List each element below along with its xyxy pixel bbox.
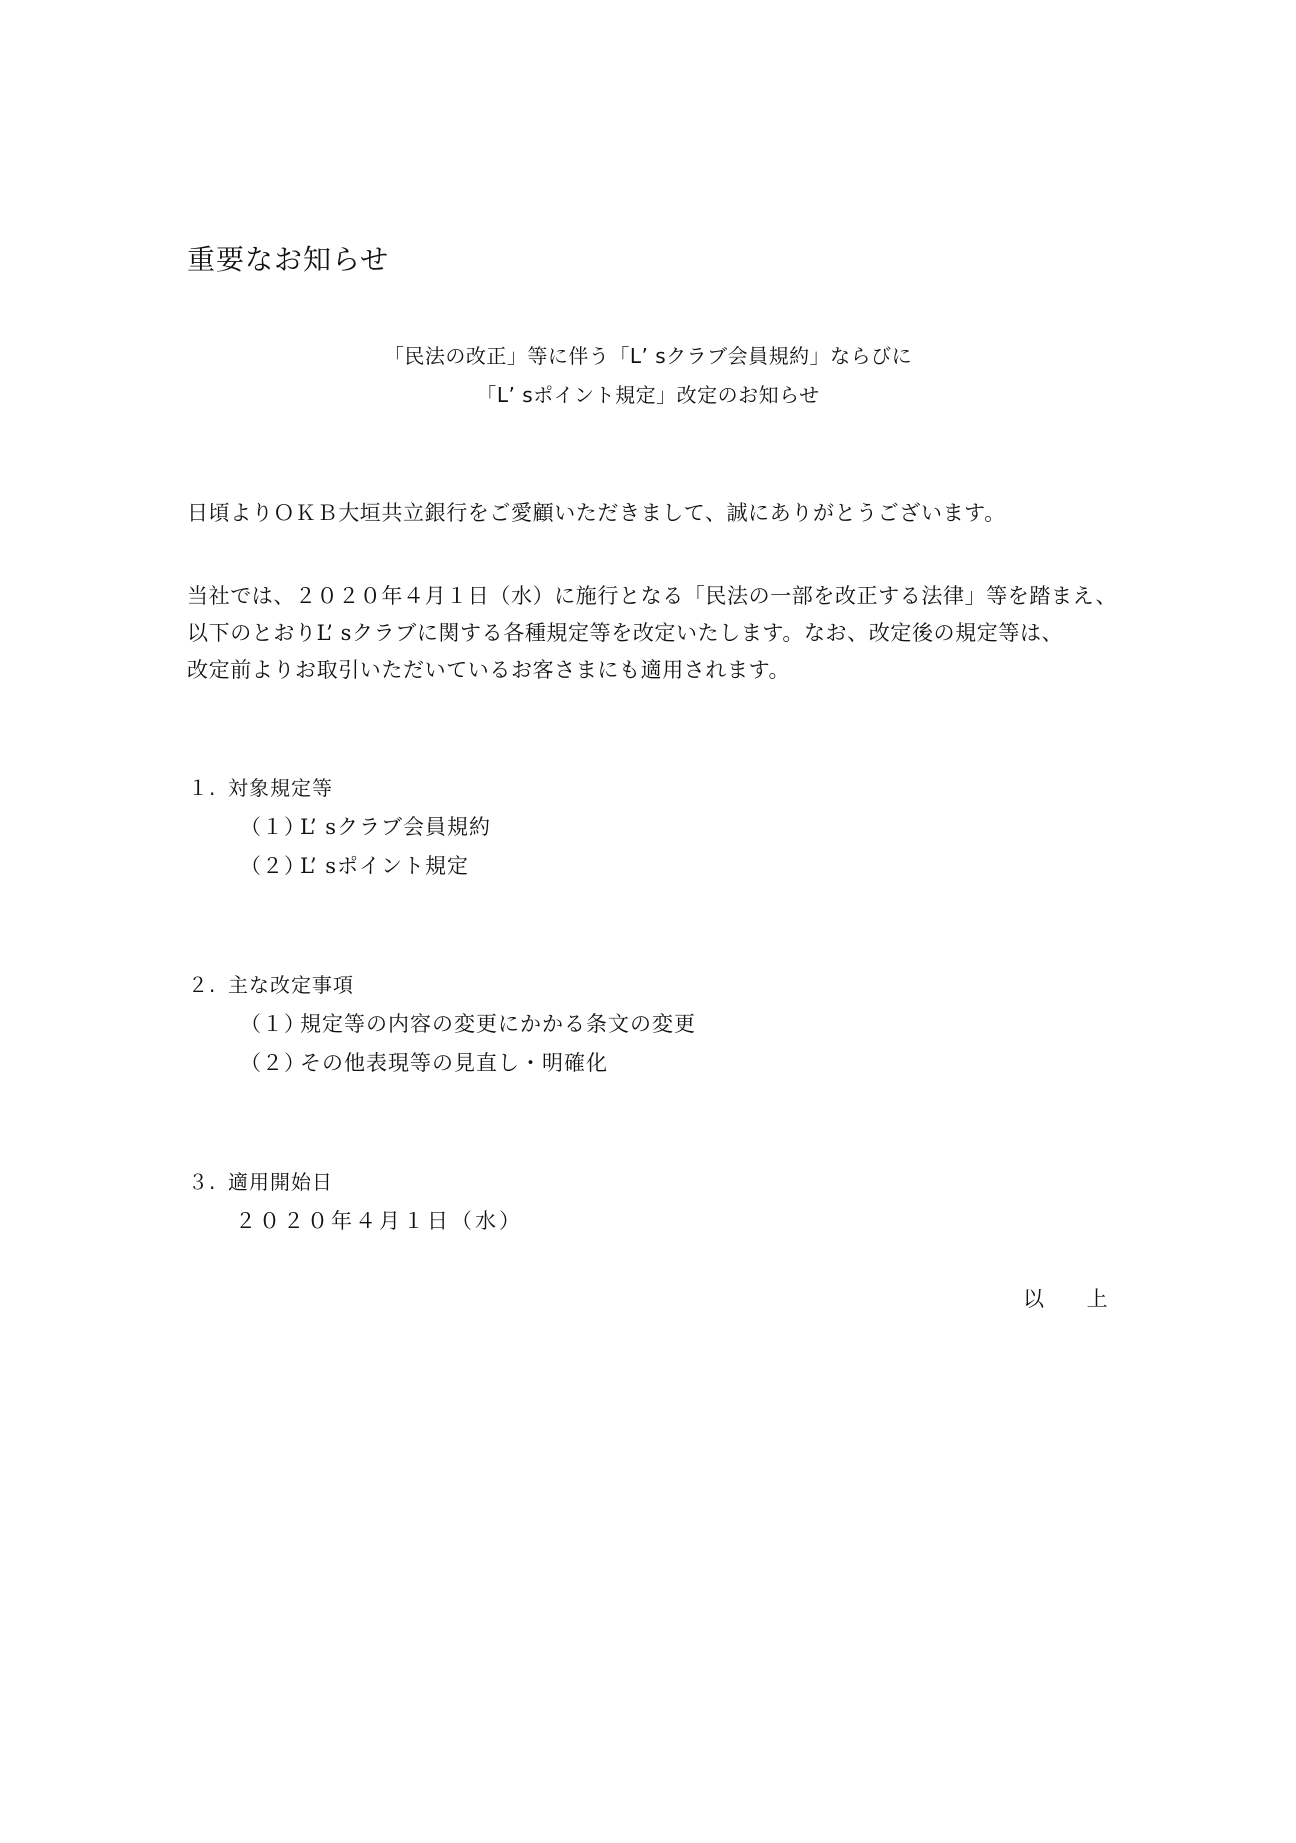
intro-paragraph-line-3: 改定前よりお取引いただいているお客さまにも適用されます。 xyxy=(187,654,790,684)
greeting-paragraph: 日頃よりＯＫＢ大垣共立銀行をご愛顧いただきまして、誠にありがとうございます。 xyxy=(187,497,1006,527)
list-item-marker: （１） xyxy=(240,1008,300,1038)
list-item: （２）L’ sポイント規定 xyxy=(240,850,469,880)
section-heading-label: 対象規定等 xyxy=(228,776,333,800)
list-item-text: 規定等の内容の変更にかかる条文の変更 xyxy=(300,1012,696,1036)
section-heading-effective-date: ３.適用開始日 xyxy=(188,1166,333,1195)
list-item-marker: （２） xyxy=(240,1047,300,1077)
list-item-text: その他表現等の見直し・明確化 xyxy=(300,1051,608,1075)
section-number: ２. xyxy=(188,969,228,998)
section-number: ３. xyxy=(188,1166,228,1195)
document-page: 重要なお知らせ 「民法の改正」等に伴う「L’ sクラブ会員規約」ならびに 「L’… xyxy=(0,0,1296,1843)
page-title: 重要なお知らせ xyxy=(187,238,389,278)
closing-mark: 以 上 xyxy=(1023,1283,1126,1313)
section-heading-label: 適用開始日 xyxy=(228,1170,333,1194)
intro-paragraph-line-1: 当社では、２０２０年４月１日（水）に施行となる「民法の一部を改正する法律」等を踏… xyxy=(187,580,1117,610)
section-heading-label: 主な改定事項 xyxy=(228,973,354,997)
list-item: （１）規定等の内容の変更にかかる条文の変更 xyxy=(240,1008,696,1038)
section-number: １. xyxy=(188,772,228,801)
list-item: （２）その他表現等の見直し・明確化 xyxy=(240,1047,608,1077)
list-item: （１）L’ sクラブ会員規約 xyxy=(240,811,491,841)
section-heading-main-changes: ２.主な改定事項 xyxy=(188,969,354,998)
list-item-marker: （２） xyxy=(240,850,300,880)
notice-subtitle-line-1: 「民法の改正」等に伴う「L’ sクラブ会員規約」ならびに xyxy=(0,340,1296,369)
effective-date-value: ２０２０年４月１日（水） xyxy=(235,1205,523,1235)
list-item-text: L’ sクラブ会員規約 xyxy=(300,815,491,839)
list-item-marker: （１） xyxy=(240,811,300,841)
list-item-text: L’ sポイント規定 xyxy=(300,854,469,878)
section-heading-target-rules: １.対象規定等 xyxy=(188,772,333,801)
notice-subtitle-line-2: 「L’ sポイント規定」改定のお知らせ xyxy=(0,379,1296,408)
intro-paragraph-line-2: 以下のとおりL’ sクラブに関する各種規定等を改定いたします。なお、改定後の規定… xyxy=(187,617,1063,647)
